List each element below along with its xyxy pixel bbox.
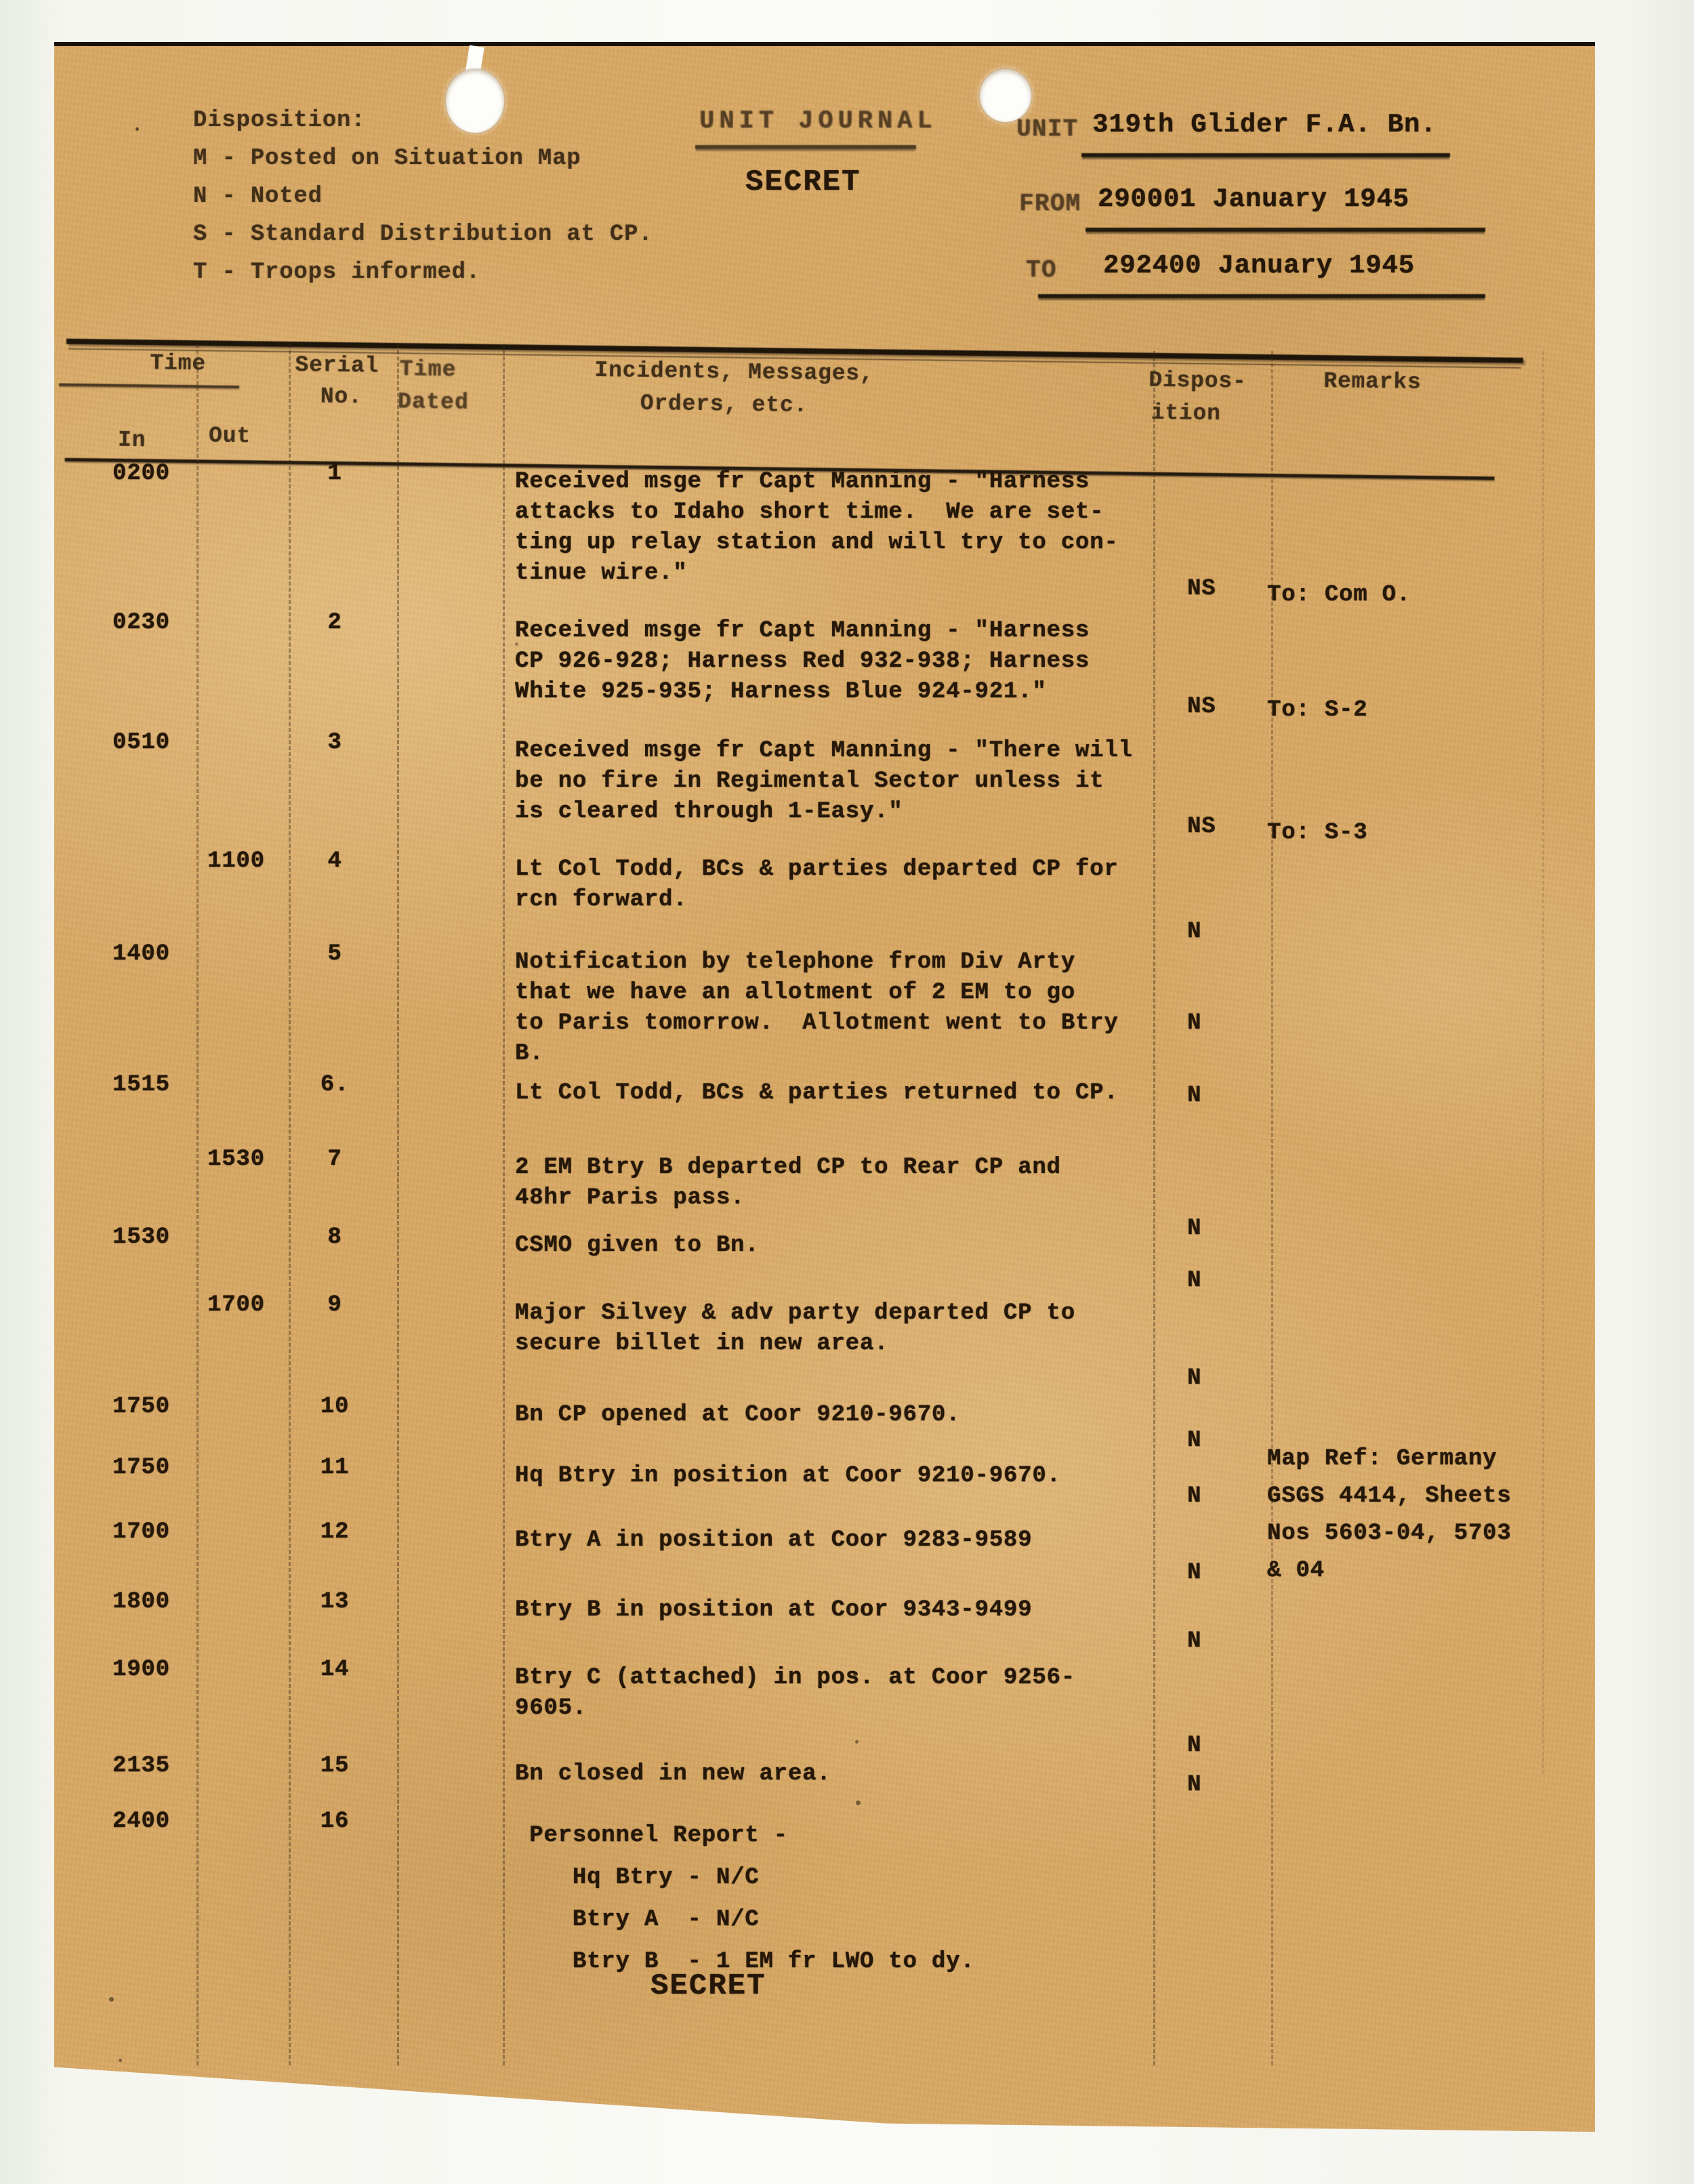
from-value: 290001 January 1945 xyxy=(1098,184,1409,214)
serial-no: 7 xyxy=(304,1145,366,1175)
message-text: Hq Btry in position at Coor 9210-9670. xyxy=(515,1461,1152,1491)
from-underline xyxy=(1086,228,1485,232)
time-in: 1515 xyxy=(112,1070,170,1100)
disposition-code: NS xyxy=(1187,812,1216,842)
table-top-rule xyxy=(66,339,1523,363)
unit-label: UNIT xyxy=(1016,115,1078,143)
legend-title: Disposition: xyxy=(193,102,653,140)
time-subrule xyxy=(59,384,239,388)
column-line-incidents-disposition xyxy=(1153,351,1155,2065)
serial-no: 3 xyxy=(304,728,366,758)
message-text: Lt Col Todd, BCs & parties departed CP f… xyxy=(515,854,1152,915)
serial-no: 4 xyxy=(304,846,366,877)
serial-no: 2 xyxy=(304,608,366,638)
time-in: 0510 xyxy=(112,728,170,758)
col-disposition-line1: Dispos- xyxy=(1149,368,1247,394)
disposition-code: N xyxy=(1187,1266,1201,1296)
time-in: 1530 xyxy=(112,1222,170,1253)
scan-specks xyxy=(136,127,139,131)
paper-sheet: Disposition: M - Posted on Situation Map… xyxy=(54,42,1595,2132)
legend-item-m: M - Posted on Situation Map xyxy=(193,140,653,178)
col-disposition-line2: ition xyxy=(1151,400,1221,426)
time-out: 1700 xyxy=(207,1290,265,1321)
unit-underline xyxy=(1081,153,1450,157)
remarks-text: To: S-2 xyxy=(1267,692,1579,729)
remarks-text: To: S-3 xyxy=(1267,815,1579,852)
remarks-text: To: Com O. xyxy=(1267,577,1579,614)
message-text: Received msge fr Capt Manning - "Harness… xyxy=(515,467,1152,589)
disposition-code: N xyxy=(1187,1626,1201,1657)
disposition-code: NS xyxy=(1187,574,1216,604)
disposition-code: N xyxy=(1187,1481,1201,1512)
disposition-code: N xyxy=(1187,1558,1201,1588)
serial-no: 13 xyxy=(304,1587,366,1618)
classification-stamp-bottom: SECRET xyxy=(650,1969,766,2003)
punch-hole-right xyxy=(980,69,1031,122)
message-text: Btry B in position at Coor 9343-9499 xyxy=(515,1595,1152,1626)
message-text: Major Silvey & adv party departed CP to … xyxy=(515,1298,1152,1359)
legend-item-n: N - Noted xyxy=(193,178,653,215)
col-time-out: Out xyxy=(209,423,251,449)
col-incidents-line1: Incidents, Messages, xyxy=(594,358,874,386)
col-time-in: In xyxy=(118,428,146,453)
col-remarks: Remarks xyxy=(1323,369,1422,395)
time-out: 1100 xyxy=(207,846,265,877)
to-underline xyxy=(1038,294,1485,298)
time-in: 0200 xyxy=(112,459,170,489)
col-dated-line1: Time xyxy=(399,356,456,382)
time-in: 1750 xyxy=(112,1392,170,1422)
time-out: 1530 xyxy=(207,1145,265,1175)
serial-no: 1 xyxy=(304,459,366,489)
col-incidents-line2: Orders, etc. xyxy=(640,391,808,418)
col-serial-line2: No. xyxy=(321,384,363,410)
scanned-document-page: { "doc": { "classification_top": "SECRET… xyxy=(0,0,1694,2184)
message-text: Btry A in position at Coor 9283-9589 xyxy=(515,1525,1152,1556)
time-in: 1700 xyxy=(112,1517,170,1548)
legend-item-t: T - Troops informed. xyxy=(193,253,653,291)
col-serial-line1: Serial xyxy=(295,352,379,379)
column-line-out-serial xyxy=(289,344,291,2065)
serial-no: 10 xyxy=(304,1392,366,1422)
time-in: 1750 xyxy=(112,1453,170,1483)
to-label: TO xyxy=(1026,256,1057,284)
message-text: 2 EM Btry B departed CP to Rear CP and 4… xyxy=(515,1153,1152,1214)
disposition-code: N xyxy=(1187,1081,1201,1111)
serial-no: 11 xyxy=(304,1453,366,1483)
message-text: CSMO given to Bn. xyxy=(515,1231,1152,1261)
disposition-legend: Disposition: M - Posted on Situation Map… xyxy=(193,102,653,291)
disposition-code: N xyxy=(1187,917,1201,947)
column-line-serial-dated xyxy=(397,344,399,2065)
message-text: Bn CP opened at Coor 9210-9670. xyxy=(515,1400,1152,1430)
time-in: 0230 xyxy=(112,608,170,638)
message-text: Btry C (attached) in pos. at Coor 9256- … xyxy=(515,1663,1152,1724)
message-text: Personnel Report - Hq Btry - N/C Btry A … xyxy=(515,1815,1152,1983)
message-text: Lt Col Todd, BCs & parties returned to C… xyxy=(515,1078,1152,1109)
disposition-code: N xyxy=(1187,1731,1201,1761)
serial-no: 16 xyxy=(304,1807,366,1837)
serial-no: 9 xyxy=(304,1290,366,1321)
message-text: Received msge fr Capt Manning - "Harness… xyxy=(515,616,1152,707)
remarks-text: Map Ref: Germany GSGS 4414, Sheets Nos 5… xyxy=(1267,1441,1579,1590)
serial-no: 5 xyxy=(304,939,366,970)
disposition-code: N xyxy=(1187,1426,1201,1456)
col-dated-line2: Dated xyxy=(398,389,470,415)
disposition-code: NS xyxy=(1187,692,1216,722)
unit-value: 319th Glider F.A. Bn. xyxy=(1092,110,1437,140)
time-in: 2135 xyxy=(112,1751,170,1781)
to-value: 292400 January 1945 xyxy=(1103,251,1415,281)
column-line-dated-incidents xyxy=(503,344,505,2065)
classification-stamp-top: SECRET xyxy=(745,165,861,199)
serial-no: 12 xyxy=(304,1517,366,1548)
title-underline xyxy=(695,145,916,149)
disposition-code: N xyxy=(1187,1008,1201,1039)
disposition-code: N xyxy=(1187,1770,1201,1800)
time-in: 1900 xyxy=(112,1655,170,1685)
legend-item-s: S - Standard Distribution at CP. xyxy=(193,215,653,253)
serial-no: 6. xyxy=(304,1070,366,1100)
time-in: 1400 xyxy=(112,939,170,970)
from-label: FROM xyxy=(1019,190,1081,218)
disposition-code: N xyxy=(1187,1214,1201,1244)
message-text: Notification by telephone from Div Arty … xyxy=(515,947,1152,1069)
time-in: 2400 xyxy=(112,1807,170,1837)
serial-no: 14 xyxy=(304,1655,366,1685)
message-text: Received msge fr Capt Manning - "There w… xyxy=(515,736,1152,827)
serial-no: 15 xyxy=(304,1751,366,1781)
time-in: 1800 xyxy=(112,1587,170,1618)
message-text: Bn closed in new area. xyxy=(515,1759,1152,1790)
serial-no: 8 xyxy=(304,1222,366,1253)
page-title: UNIT JOURNAL xyxy=(699,107,936,136)
disposition-code: N xyxy=(1187,1363,1201,1394)
column-line-in-out xyxy=(197,344,199,2065)
